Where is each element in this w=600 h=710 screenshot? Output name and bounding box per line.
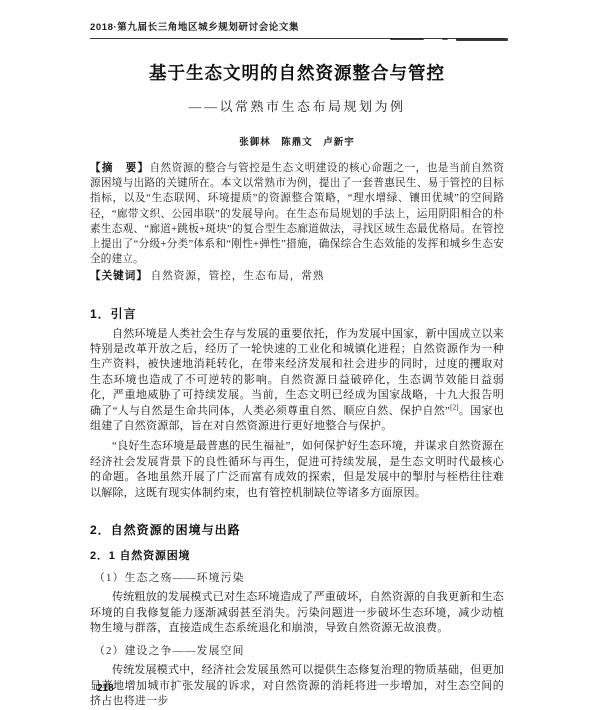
running-header: 2018·第九届长三角地区城乡规划研讨会论文集 (90, 17, 504, 39)
page-content: 2018·第九届长三角地区城乡规划研讨会论文集 基于生态文明的自然资源整合与管控… (90, 17, 504, 710)
scan-artifact (390, 38, 424, 41)
scanned-paper-page: 2018·第九届长三角地区城乡规划研讨会论文集 基于生态文明的自然资源整合与管控… (0, 0, 600, 710)
keywords-label: 【关键词】 (90, 270, 148, 282)
item-1-paragraph: 传统粗放的发展模式已对生态环境造成了严重破坏，自然资源的自我更新和生态环境的自我… (90, 590, 504, 636)
intro-paragraph-1-text: 自然环境是人类社会生存与发展的重要依托，作为发展中国家，新中国成立以来特别是改革… (90, 328, 504, 417)
intro-paragraph-2: “良好生态环境是最普惠的民生福祉”，如何保护好生态环境，并谋求自然资源在经济社会… (90, 439, 504, 501)
abstract-label: 【摘 要】 (90, 162, 149, 174)
item-1-heading: （1）生态之殇——环境污染 (90, 570, 504, 585)
paper-title: 基于生态文明的自然资源整合与管控 (90, 60, 504, 85)
section-2-heading: 2．自然资源的困境与出路 (90, 521, 504, 538)
item-2-heading: （2）建设之争——发展空间 (90, 643, 504, 658)
abstract-paragraph: 【摘 要】自然资源的整合与管控是生态文明建设的核心命题之一，也是当前自然资源困境… (90, 161, 504, 267)
abstract-text: 自然资源的整合与管控是生态文明建设的核心命题之一，也是当前自然资源困境与出路的关… (90, 163, 504, 265)
intro-paragraph-1: 自然环境是人类社会生存与发展的重要依托，作为发展中国家，新中国成立以来特别是改革… (90, 327, 504, 435)
scan-artifact (442, 38, 448, 41)
paper-subtitle: ——以常熟市生态布局规划为例 (90, 96, 504, 115)
section-2-1-heading: 2．1 自然资源困境 (90, 547, 504, 563)
keywords-line: 【关键词】 自然资源，管控，生态布局，常熟 (90, 269, 504, 284)
keywords-text: 自然资源，管控，生态布局，常熟 (151, 271, 325, 282)
item-2-paragraph: 传统发展模式中，经济社会发展虽然可以提供生态修复治理的物质基础，但更加显著地增加… (90, 663, 504, 709)
page-number: 218 (97, 683, 114, 694)
section-1-heading: 1．引言 (90, 305, 504, 322)
proceedings-title: 2018·第九届长三角地区城乡规划研讨会论文集 (90, 22, 299, 33)
authors-line: 张御林 陈鼎文 卢新宇 (90, 134, 504, 148)
scan-artifact (456, 38, 508, 41)
citation-marker: [2] (450, 403, 459, 411)
